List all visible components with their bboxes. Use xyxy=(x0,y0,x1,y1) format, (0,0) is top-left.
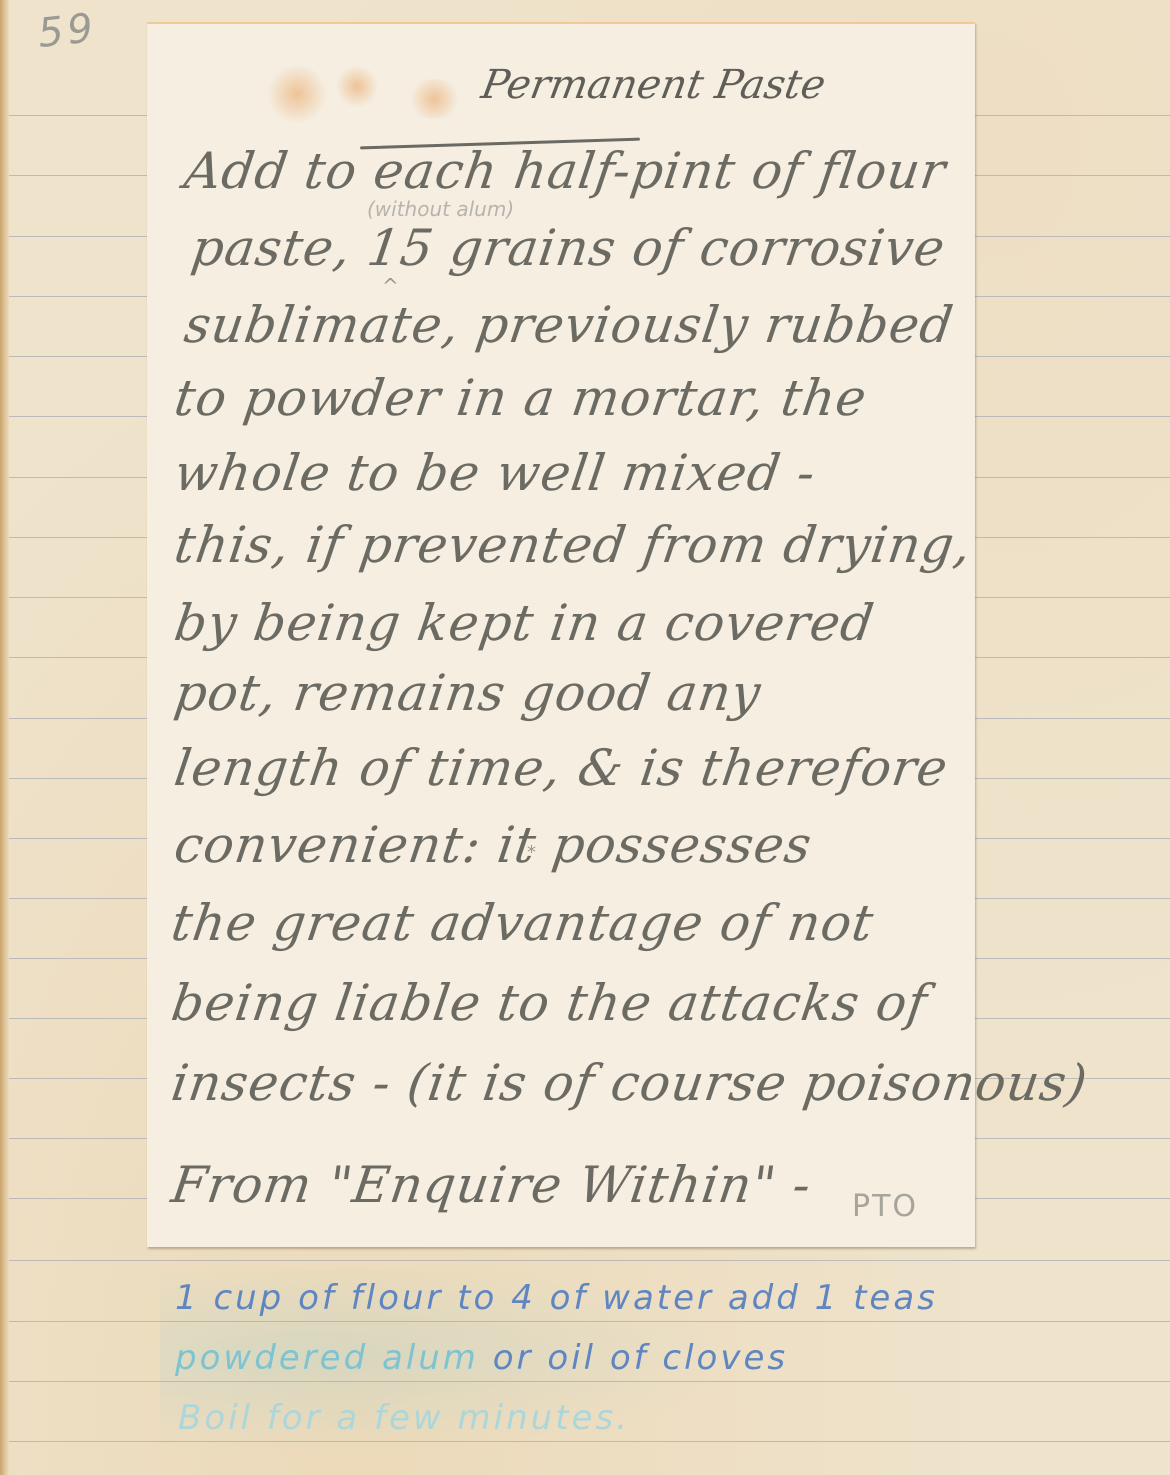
please-turn-over-note: PTO xyxy=(852,1189,918,1224)
recipe-line: length of time, & is therefore xyxy=(171,739,952,797)
recipe-line: this, if prevented from drying, xyxy=(171,516,975,574)
recipe-line: being liable to the attacks of xyxy=(168,974,931,1032)
pencil-annotation: (without alum) xyxy=(367,197,514,221)
recipe-line: sublimate, previously rubbed xyxy=(181,296,957,354)
recipe-line: by being kept in a covered xyxy=(171,594,878,652)
blue-ink-note-line: powdered alum or oil of cloves xyxy=(175,1338,788,1378)
recipe-title: Permanent Paste xyxy=(478,62,829,108)
recipe-line: pot, remains good any xyxy=(171,664,765,722)
rust-stain xyxy=(337,64,377,109)
blue-ink-note-line: 1 cup of flour to 4 of water add 1 teas xyxy=(175,1278,938,1318)
recipe-source-line: From "Enquire Within" - xyxy=(168,1156,815,1214)
blue-ink-note-line: Boil for a few minutes. xyxy=(178,1398,630,1438)
binding-spine xyxy=(0,0,9,1475)
recipe-line: whole to be well mixed - xyxy=(171,444,820,502)
recipe-line: convenient: it possesses xyxy=(171,816,816,874)
ruled-line xyxy=(9,1260,1170,1261)
recipe-line: paste, 15 grains of corrosive xyxy=(188,219,949,277)
asterisk-mark: * xyxy=(527,842,536,863)
recipe-line: the great advantage of not xyxy=(168,894,878,952)
recipe-line: insects - (it is of course poisonous) xyxy=(168,1054,1091,1112)
recipe-line: to powder in a mortar, the xyxy=(171,369,871,427)
pasted-recipe-card: Permanent Paste (without alum) ^ Add to … xyxy=(147,22,975,1247)
notebook-page: 59 Permanent Paste (without alum) ^ Add … xyxy=(0,0,1170,1475)
rust-stain xyxy=(407,79,462,119)
faded-ink-text: powdered alum xyxy=(175,1338,493,1378)
page-number: 59 xyxy=(36,5,99,57)
recipe-line: Add to each half-pint of flour xyxy=(181,142,950,200)
clear-ink-text: or oil of cloves xyxy=(493,1338,788,1378)
rust-stain xyxy=(267,64,327,124)
insertion-caret: ^ xyxy=(382,274,399,298)
